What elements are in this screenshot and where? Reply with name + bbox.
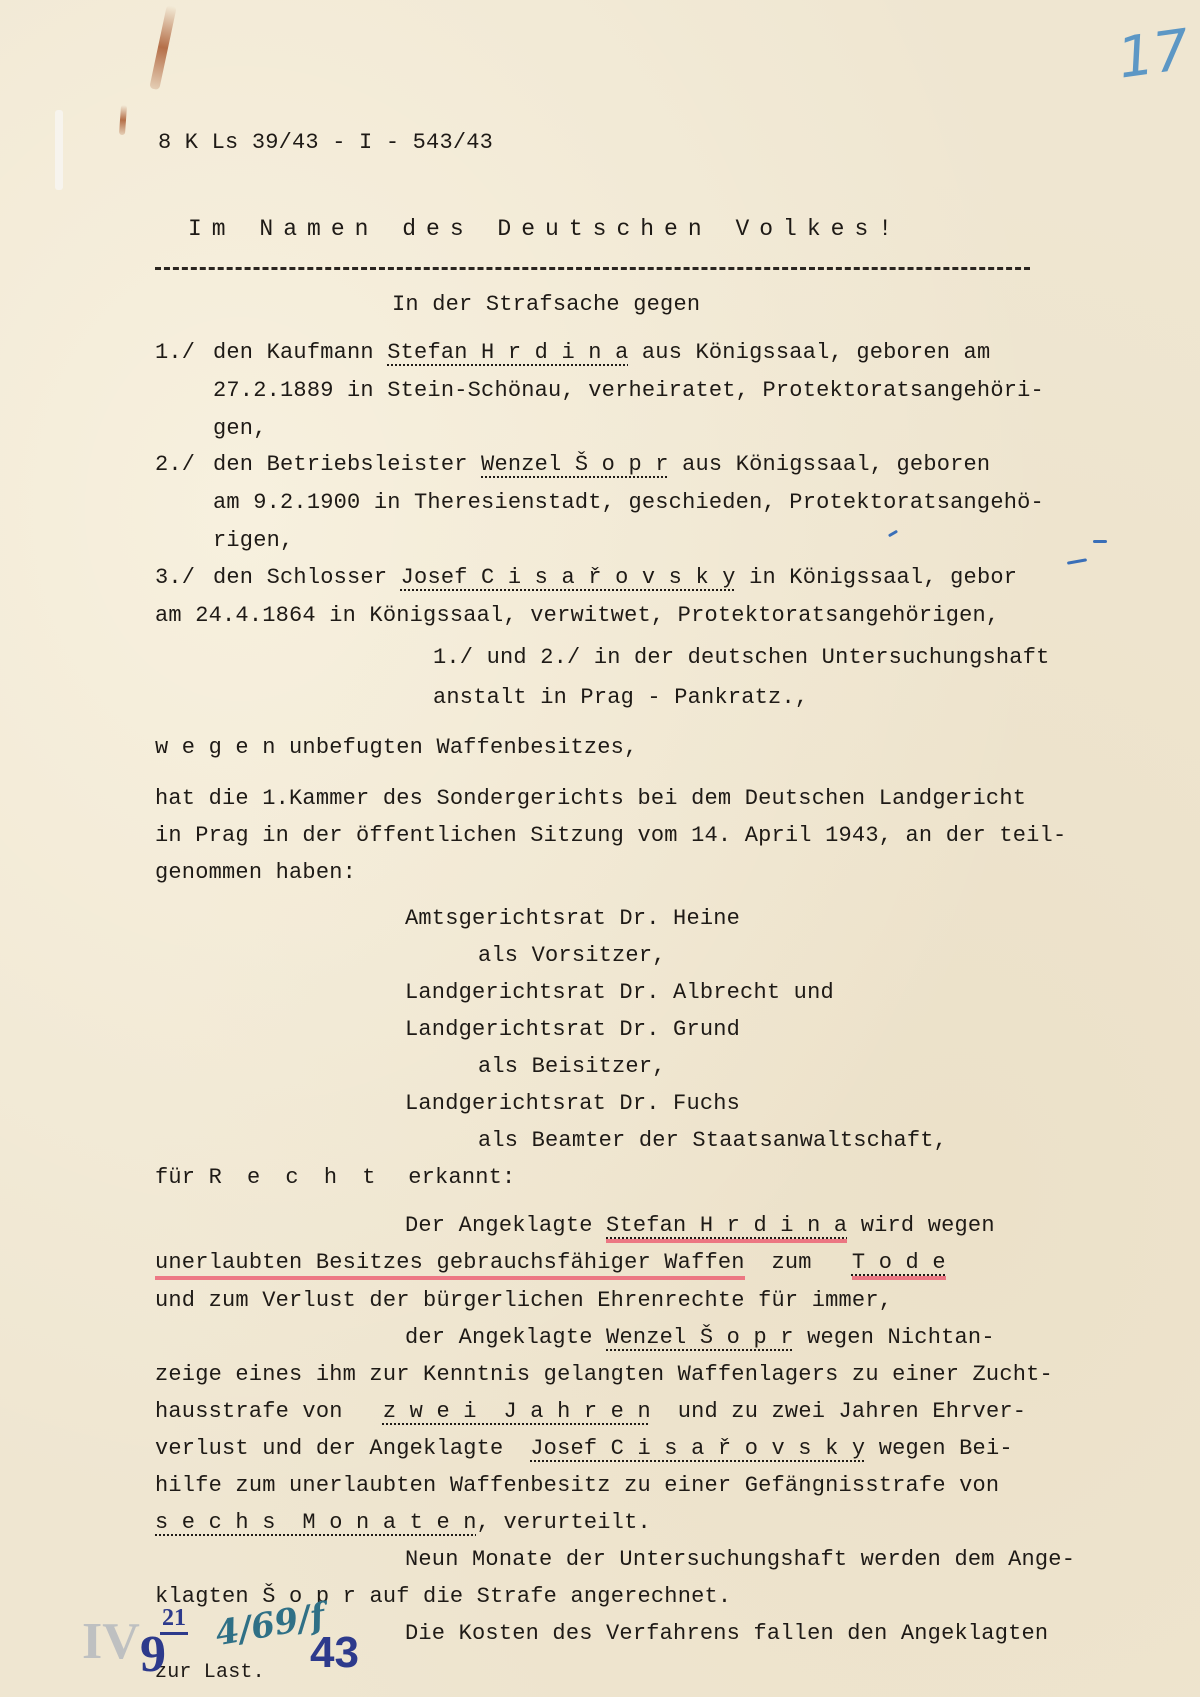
- judge-line: Landgerichtsrat Dr. Grund: [405, 1017, 740, 1043]
- verdict-line-8: hilfe zum unerlaubten Waffenbesitz zu ei…: [155, 1473, 999, 1499]
- judge-role-line: als Vorsitzer,: [478, 943, 666, 969]
- verdict-line-11: klagten Š o p r auf die Strafe angerechn…: [155, 1584, 731, 1610]
- defendant-2-line-1: den Betriebsleister Wenzel Š o p r aus K…: [213, 452, 990, 478]
- defendant-1-number: 1./: [155, 340, 195, 366]
- defendant-3-number: 3./: [155, 565, 195, 591]
- custody-line-1: 1./ und 2./ in der deutschen Untersuchun…: [433, 645, 1050, 671]
- death-sentence: T o d e: [852, 1250, 946, 1280]
- defendant-3-line-1: den Schlosser Josef C i s a ř o v s k y …: [213, 565, 1017, 591]
- defendant-2-name: Wenzel Š o p r: [481, 452, 669, 477]
- verdict-line-3: und zum Verlust der bürgerlichen Ehrenre…: [155, 1288, 892, 1314]
- defendant-1-name: Stefan H r d i n a: [387, 340, 628, 365]
- court-line-3: genommen haben:: [155, 860, 356, 886]
- stamp-year: 43: [310, 1628, 359, 1678]
- verdict-line-12: Die Kosten des Verfahrens fallen den Ang…: [405, 1621, 1048, 1647]
- verdict-line-10: Neun Monate der Untersuchungshaft werden…: [405, 1547, 1075, 1573]
- charge-highlight: unerlaubten Besitzes gebrauchsfähiger Wa…: [155, 1250, 745, 1280]
- defendant-2-number: 2./: [155, 452, 195, 478]
- defendant-2-line-2: am 9.2.1900 in Theresienstadt, geschiede…: [213, 490, 1044, 516]
- judge-role-line: als Beamter der Staatsanwaltschaft,: [478, 1128, 947, 1154]
- judge-line: Landgerichtsrat Dr. Fuchs: [405, 1091, 740, 1117]
- defendant-3-name: Josef C i s a ř o v s k y: [401, 565, 736, 590]
- verdict-line-9: s e c h s M o n a t e n, verurteilt.: [155, 1510, 651, 1536]
- prison-term-2: z w e i J a h r e n: [383, 1399, 651, 1424]
- intro-text: In der Strafsache gegen: [392, 292, 700, 318]
- charge-line: w e g e n unbefugten Waffenbesitzes,: [155, 735, 637, 761]
- judge-role-line: als Beisitzer,: [478, 1054, 666, 1080]
- case-number: 8 K Ls 39/43 - I - 543/43: [158, 130, 493, 156]
- title-rule: [155, 267, 1030, 270]
- verdict-line-7: verlust und der Angeklagte Josef C i s a…: [155, 1436, 1013, 1462]
- court-line-1: hat die 1.Kammer des Sondergerichts bei …: [155, 786, 1026, 812]
- custody-line-2: anstalt in Prag - Pankratz.,: [433, 685, 808, 711]
- verdict-line-5: zeige eines ihm zur Kenntnis gelangten W…: [155, 1362, 1053, 1388]
- pencil-mark: [1093, 540, 1107, 543]
- folio-number: 17: [1114, 17, 1194, 91]
- verdict-intro: für R e c h t erkannt:: [155, 1165, 515, 1191]
- court-line-2: in Prag in der öffentlichen Sitzung vom …: [155, 823, 1066, 849]
- judge-line: Landgerichtsrat Dr. Albrecht und: [405, 980, 834, 1006]
- defendant-2-line-3: rigen,: [213, 528, 293, 554]
- verdict-line-6: hausstrafe von z w e i J a h r e n und z…: [155, 1399, 1026, 1425]
- page-title: Im Namen des Deutschen Volkes!: [188, 216, 902, 242]
- verdict-line-2: unerlaubten Besitzes gebrauchsfähiger Wa…: [155, 1250, 946, 1276]
- prison-term-3: s e c h s M o n a t e n: [155, 1510, 477, 1535]
- defendant-1-line-2: 27.2.1889 in Stein-Schönau, verheiratet,…: [213, 378, 1044, 404]
- verdict-line-13: zur Last.: [155, 1660, 265, 1686]
- defendant-3-line-2: am 24.4.1864 in Königssaal, verwitwet, P…: [155, 603, 999, 629]
- paper-tear: [55, 110, 63, 190]
- judge-line: Amtsgerichtsrat Dr. Heine: [405, 906, 740, 932]
- verdict-line-1: Der Angeklagte Stefan H r d i n a wird w…: [405, 1213, 995, 1239]
- defendant-1-verdict-name: Stefan H r d i n a: [606, 1213, 847, 1243]
- defendant-1-line-3: gen,: [213, 416, 267, 442]
- defendant-1-line-1: den Kaufmann Stefan H r d i n a aus Köni…: [213, 340, 990, 366]
- verdict-line-4: der Angeklagte Wenzel Š o p r wegen Nich…: [405, 1325, 995, 1351]
- stamp-roman-numeral: IV: [82, 1612, 140, 1671]
- stamp-superscript: 21: [160, 1605, 188, 1635]
